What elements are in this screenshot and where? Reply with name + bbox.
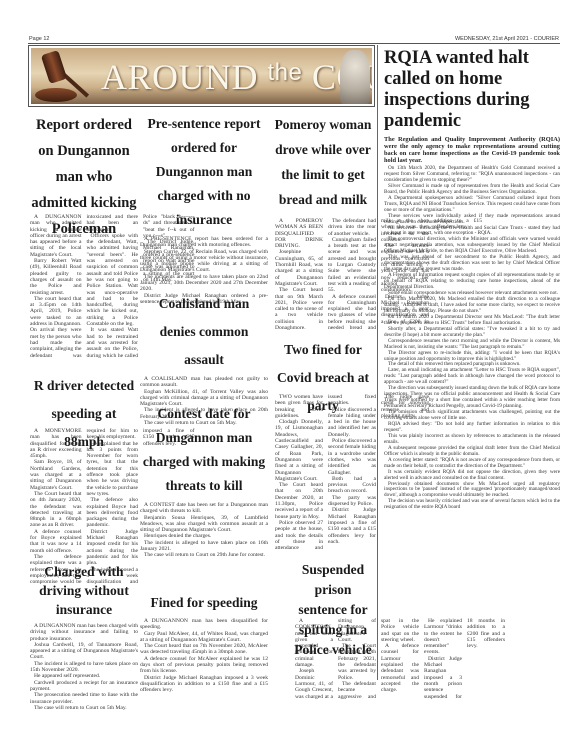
article-pomeroy-body: A POMEROY WOMAN AS BEEN DISQUALIFIED FOR…	[275, 218, 376, 336]
banner-title: AROUND the COURTS	[101, 56, 372, 98]
article-threats-to-kill: Contest date for Dungannon man charged w…	[140, 402, 268, 559]
judge-wig-icon	[340, 50, 370, 104]
headline: Contest date for Dungannon man charged w…	[140, 402, 268, 498]
headline: Fined for speeding	[140, 594, 268, 612]
column-divider	[377, 45, 378, 680]
article-fined-for-speeding: Fined for speeding A DUNGANNON man has b…	[140, 594, 268, 694]
headline: Coalisland man denies common assault	[140, 290, 268, 374]
article-spitting-body: A COOKSTOWN man has been given a suspend…	[295, 618, 376, 706]
page-number: Page 12	[29, 36, 50, 42]
article-driving-without-insurance: Charged with driving without insurance A…	[30, 562, 138, 711]
headline: Pomeroy woman drove while over the limit…	[270, 112, 376, 212]
headline: Pre-sentence report ordered for Dunganno…	[140, 112, 268, 232]
headline: RQIA wanted halt called on home inspecti…	[384, 48, 560, 132]
article-pomeroy: Pomeroy woman drove while over the limit…	[270, 112, 376, 212]
issue-date: WEDNESDAY, 21st April 2021 - COURIER	[455, 36, 559, 42]
headline: Charged with driving without insurance	[30, 562, 138, 619]
lede: The Regulation and Quality Improvement A…	[384, 136, 560, 164]
article-rqia: RQIA wanted halt called on home inspecti…	[384, 48, 560, 511]
article-no-insurance-report: Pre-sentence report ordered for Dunganno…	[140, 112, 268, 305]
page-header: Page 12 WEDNESDAY, 21st April 2021 - COU…	[28, 28, 560, 44]
article-covid-party-body: TWO women have been given fines for brea…	[275, 394, 376, 554]
around-the-courts-banner: AROUND the COURTS	[28, 45, 375, 107]
article-policeman-body: A DUNGANNON man who admitted kicking a P…	[30, 214, 138, 360]
